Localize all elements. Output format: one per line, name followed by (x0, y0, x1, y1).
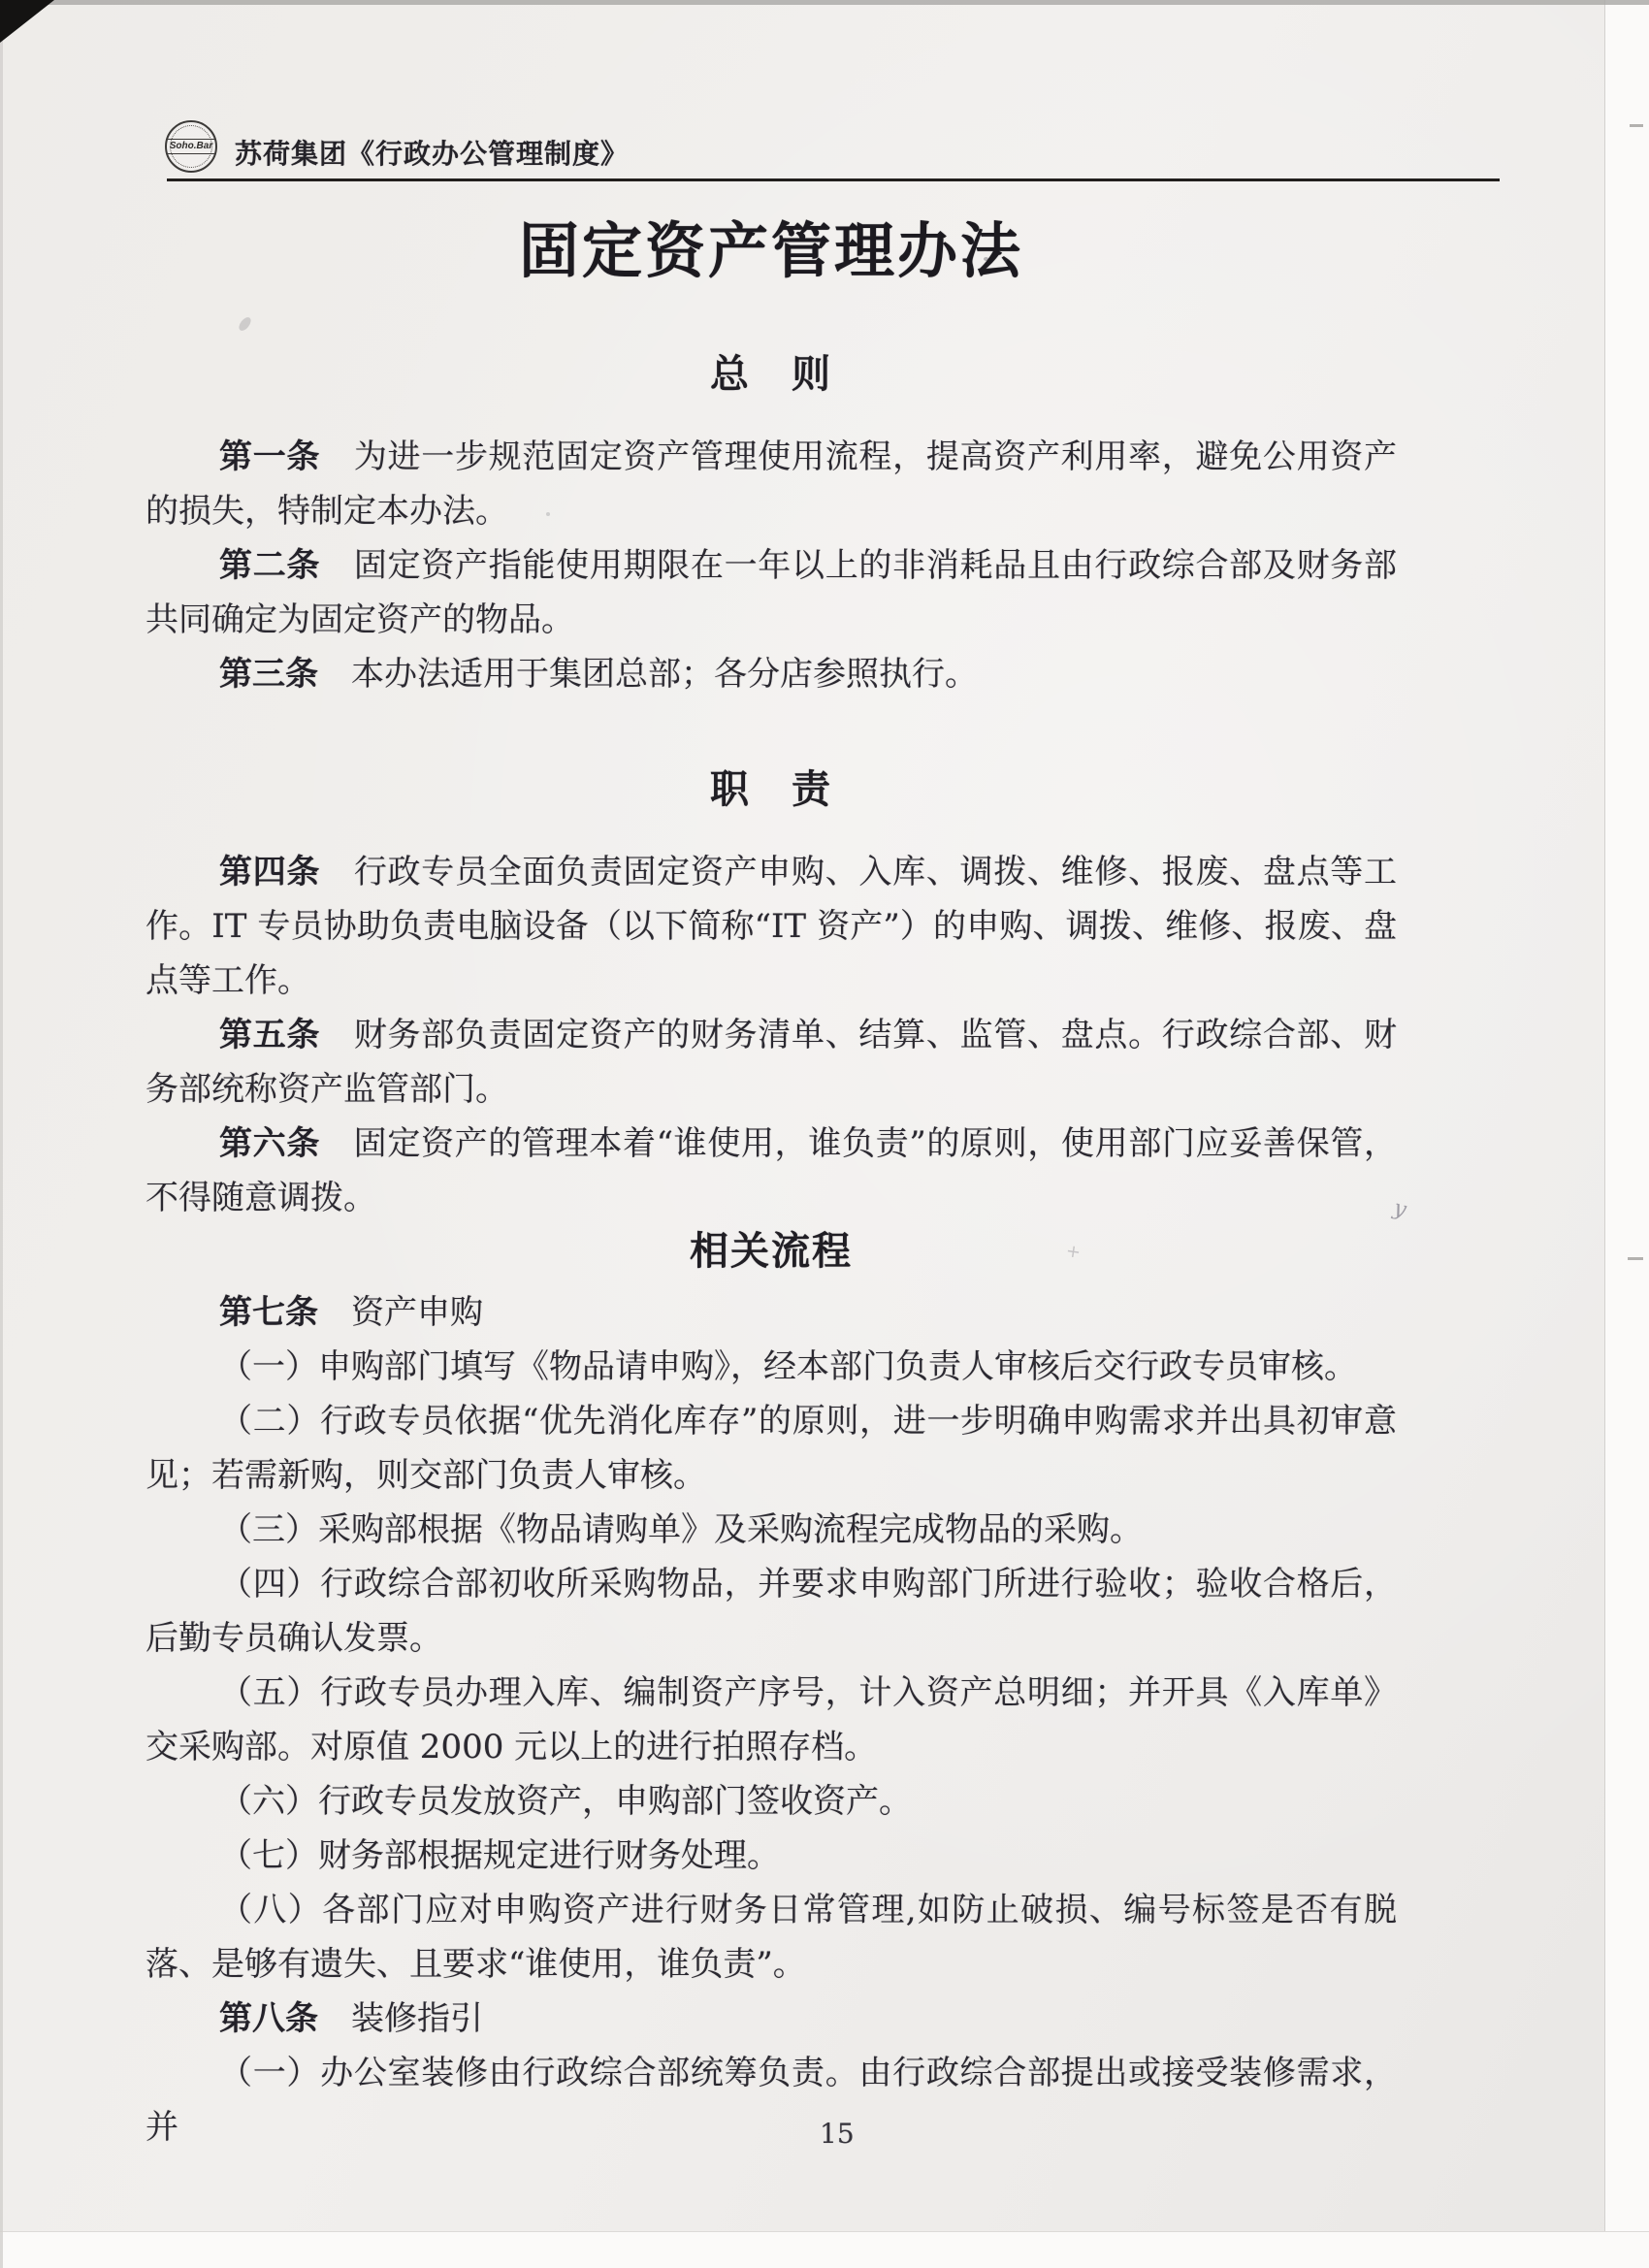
scan-tick-mark (1628, 1257, 1643, 1260)
scan-tick-mark (1630, 124, 1643, 127)
article-label: 第五条 (219, 1016, 320, 1054)
paragraph: 第五条 财务部负责固定资产的财务清单、结算、监管、盘点。行政综合部、财务部统称资… (145, 1008, 1397, 1117)
section-heading: 相关流程 (145, 1229, 1397, 1274)
article-label: 第二条 (219, 546, 320, 585)
paragraph: （一）申购部门填写《物品请申购》，经本部门负责人审核后交行政专员审核。 (145, 1340, 1397, 1394)
scan-edge-bottom (0, 2231, 1649, 2268)
document-section: 职 责第四条 行政专员全面负责固定资产申购、入库、调拨、维修、报废、盘点等工作。… (145, 767, 1397, 1225)
scan-edge-right (1604, 0, 1649, 2268)
article-label: 第八条 (219, 1999, 318, 2038)
paragraph: 第四条 行政专员全面负责固定资产申购、入库、调拨、维修、报废、盘点等工作。IT … (145, 845, 1397, 1008)
scan-edge-left (0, 0, 3, 2268)
document-page: 固定资产管理办法 总 则第一条 为进一步规范固定资产管理使用流程，提高资产利用率… (145, 0, 1397, 2155)
paragraph: （一）办公室装修由行政综合部统筹负责。由行政综合部提出或接受装修需求，并 (145, 2046, 1397, 2155)
article-label: 第六条 (219, 1124, 320, 1163)
section-heading: 总 则 (145, 352, 1397, 397)
article-label: 第一条 (219, 437, 320, 476)
paragraph: （八）各部门应对申购资产进行财务日常管理,如防止破损、编号标签是否有脱落、是够有… (145, 1883, 1397, 1992)
article-label: 第四条 (219, 853, 320, 891)
document-title: 固定资产管理办法 (145, 214, 1397, 288)
document-body: 总 则第一条 为进一步规范固定资产管理使用流程，提高资产利用率，避免公用资产的损… (145, 352, 1397, 2155)
scan-corner-shadow (0, 0, 54, 43)
paragraph: （三）采购部根据《物品请购单》及采购流程完成物品的采购。 (145, 1503, 1397, 1557)
paragraph: （四）行政综合部初收所采购物品，并要求申购部门所进行验收；验收合格后，后勤专员确… (145, 1557, 1397, 1666)
section-heading: 职 责 (145, 767, 1397, 812)
paragraph: 第六条 固定资产的管理本着“谁使用，谁负责”的原则，使用部门应妥善保管，不得随意… (145, 1117, 1397, 1225)
scan-edge-top (0, 0, 1649, 5)
document-section: 总 则第一条 为进一步规范固定资产管理使用流程，提高资产利用率，避免公用资产的损… (145, 352, 1397, 701)
page-number: 15 (820, 2118, 855, 2150)
article-label: 第三条 (219, 655, 318, 694)
paragraph: 第三条 本办法适用于集团总部；各分店参照执行。 (145, 647, 1397, 701)
paragraph: （五）行政专员办理入库、编制资产序号，计入资产总明细；并开具《入库单》交采购部。… (145, 1666, 1397, 1774)
document-section: 相关流程第七条 资产申购（一）申购部门填写《物品请申购》，经本部门负责人审核后交… (145, 1229, 1397, 2155)
paragraph: 第一条 为进一步规范固定资产管理使用流程，提高资产利用率，避免公用资产的损失，特… (145, 430, 1397, 538)
paragraph: 第七条 资产申购 (145, 1285, 1397, 1340)
paragraph: （七）财务部根据规定进行财务处理。 (145, 1829, 1397, 1883)
paragraph: 第二条 固定资产指能使用期限在一年以上的非消耗品且由行政综合部及财务部共同确定为… (145, 538, 1397, 647)
paragraph: （六）行政专员发放资产，申购部门签收资产。 (145, 1774, 1397, 1829)
article-label: 第七条 (219, 1293, 318, 1332)
paragraph: 第八条 装修指引 (145, 1992, 1397, 2046)
paragraph: （二）行政专员依据“优先消化库存”的原则，进一步明确申购需求并出具初审意见；若需… (145, 1394, 1397, 1503)
